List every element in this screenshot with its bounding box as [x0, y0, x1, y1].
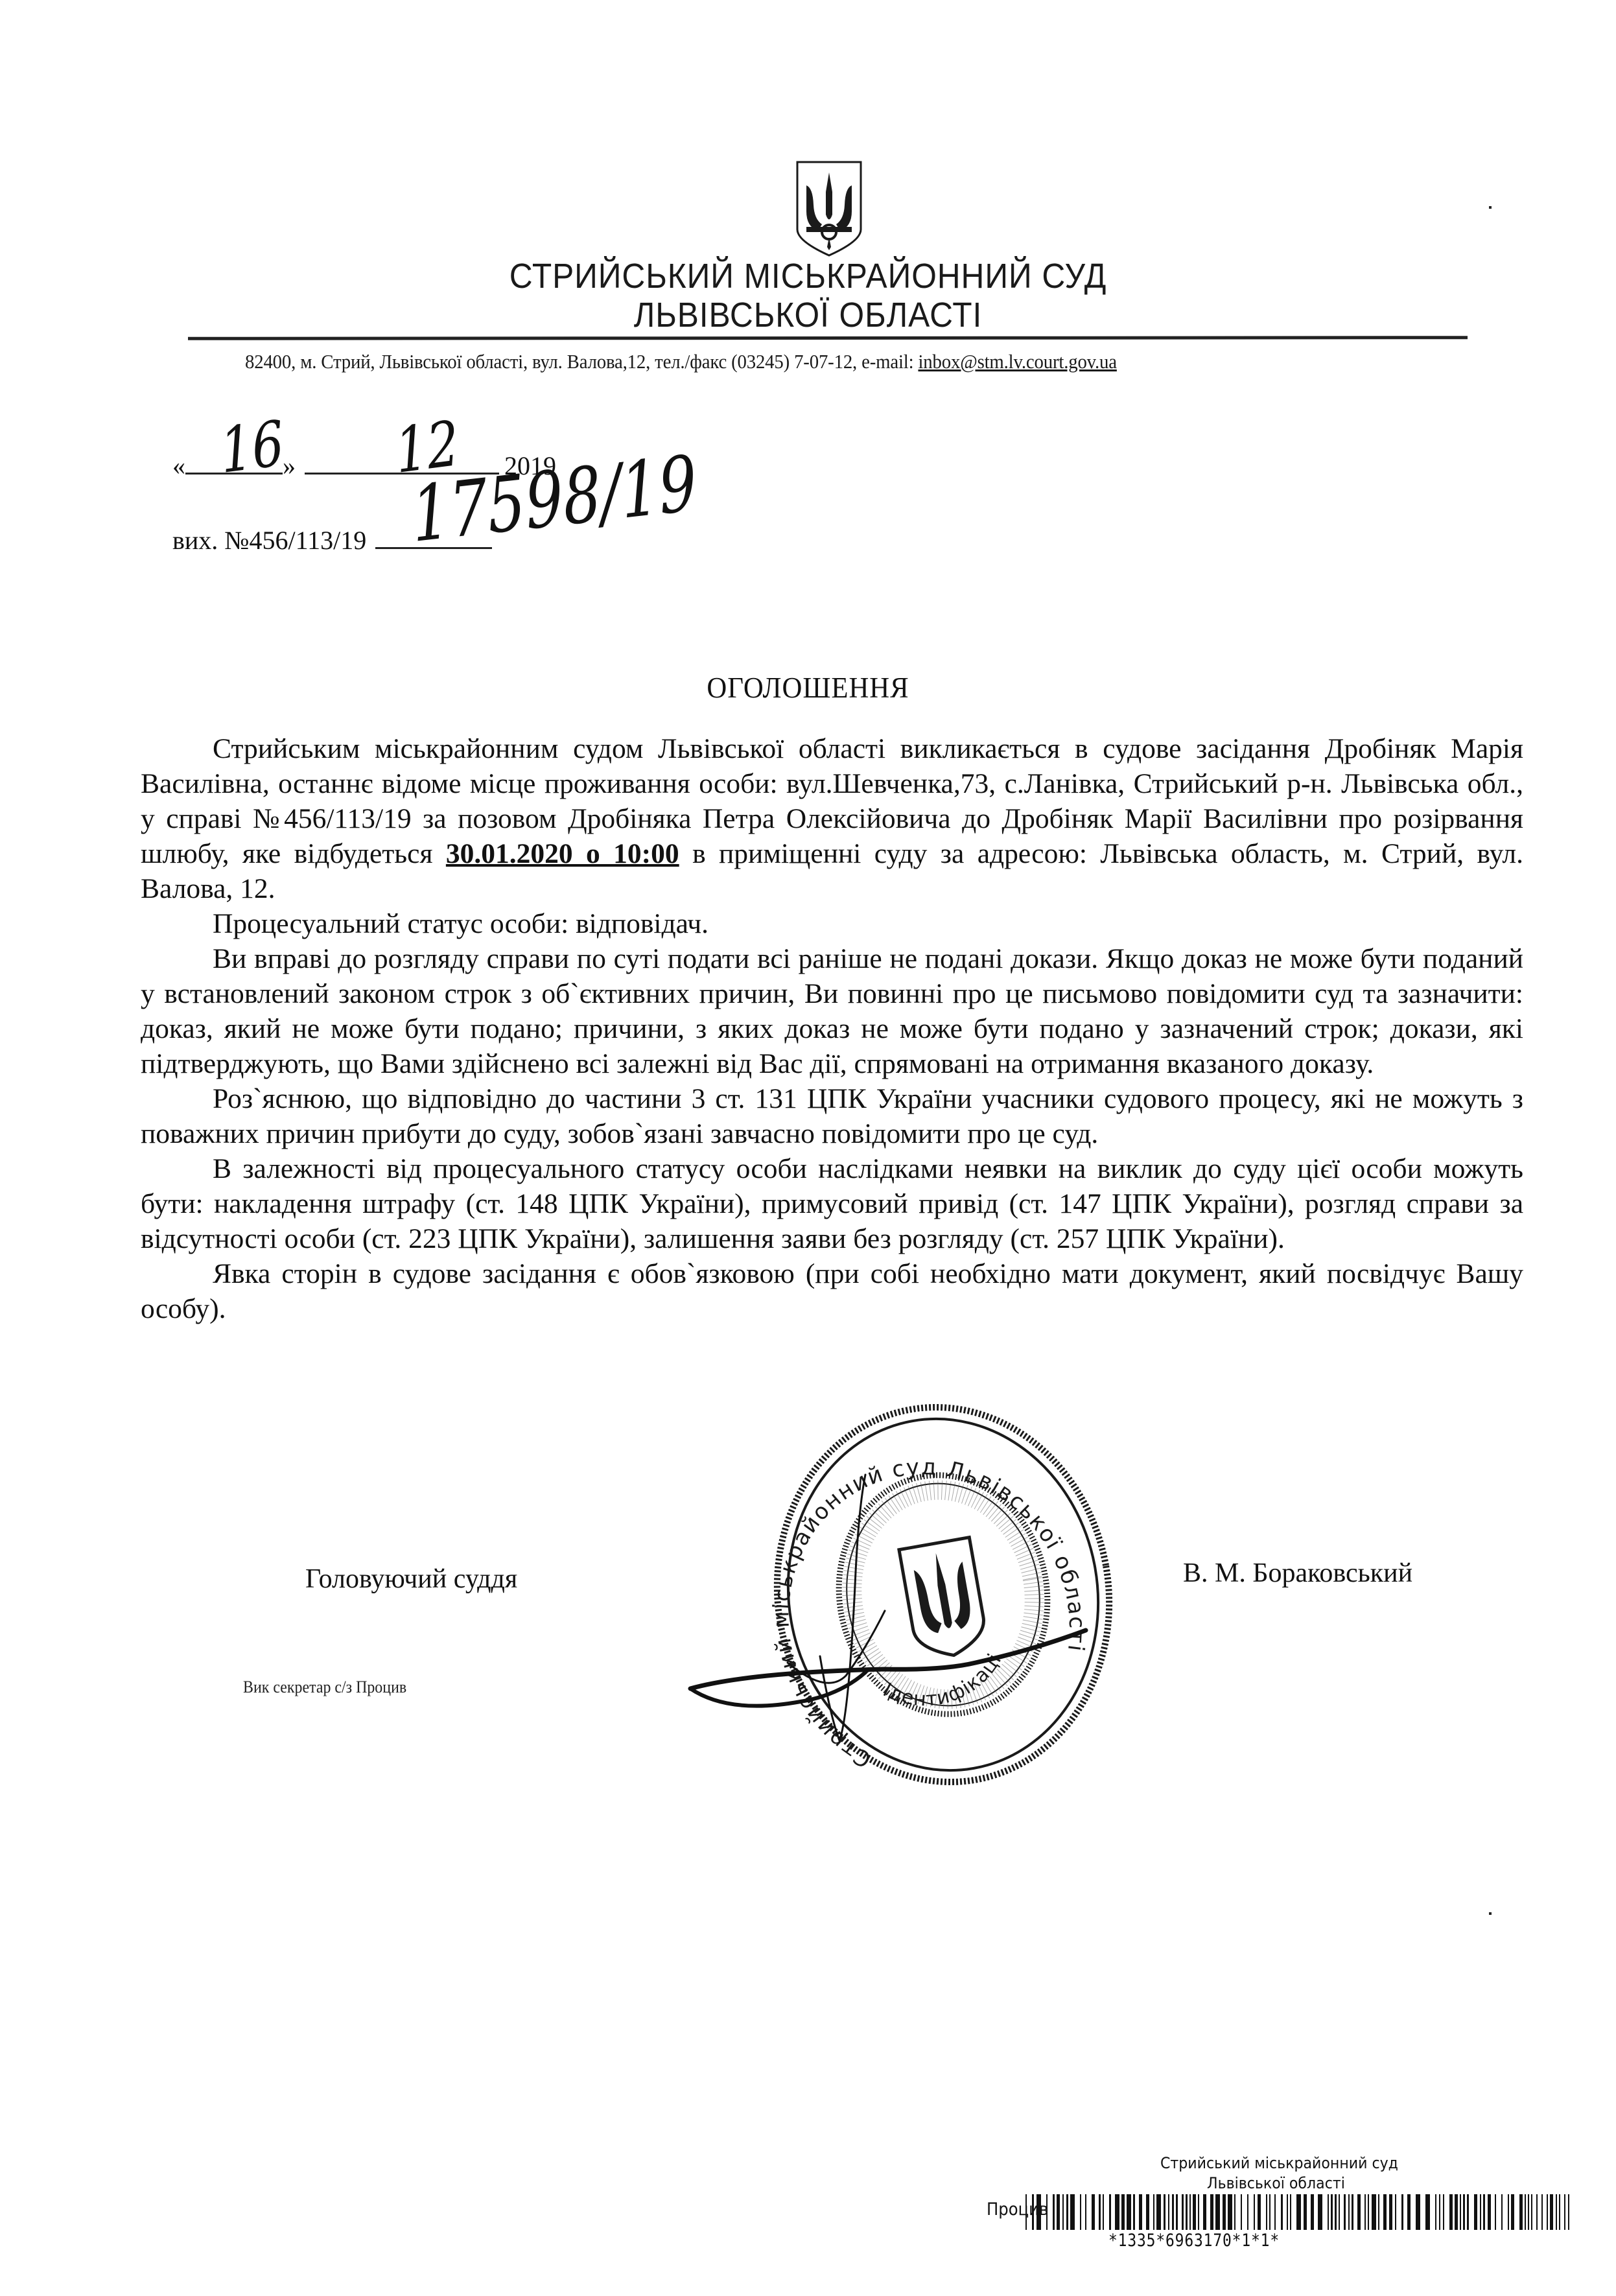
email-link[interactable]: inbox@stm.lv.court.gov.ua: [918, 350, 1116, 373]
paragraph-procedural-status: Процесуальний статус особи: відповідач.: [141, 906, 1523, 941]
header-divider: [188, 336, 1468, 340]
paragraph-notice-obligation: Роз`яснюю, що відповідно до частини 3 ст…: [141, 1081, 1523, 1151]
presiding-judge-label: Головуючий суддя: [305, 1564, 517, 1595]
scan-speck: [1489, 206, 1492, 209]
date-open-quote: «: [172, 451, 185, 480]
hearing-datetime: 30.01.2020 о 10:00: [446, 838, 679, 869]
address-text: 82400, м. Стрий, Львівської області, вул…: [245, 350, 918, 373]
outgoing-label: вих. №456/113/19: [172, 526, 366, 555]
court-seal-icon: Стрийський міськрайонний суд Львівської …: [671, 1377, 1189, 1805]
date-day-handwritten: 16: [218, 407, 287, 487]
executor-secretary: Вик секретар с/з Процив: [243, 1678, 406, 1697]
paragraph-attendance: Явка сторін в судове засідання є обов`яз…: [141, 1256, 1523, 1326]
scan-speck: [1489, 1912, 1492, 1915]
barcode-number: *1335*6963170*1*1*: [1108, 2231, 1280, 2251]
announcement-body: Стрийським міськрайонним судом Львівсько…: [141, 731, 1523, 1326]
paragraph-consequences: В залежності від процесуального статусу …: [141, 1151, 1523, 1256]
stamp-court-line1: Стрийський міськрайонний суд: [1160, 2154, 1398, 2172]
judge-name: В. М. Бораковський: [1183, 1558, 1412, 1589]
court-name-line2: ЛЬВІВСЬКОЇ ОБЛАСТІ: [65, 295, 1552, 335]
barcode-icon: [1024, 2194, 1573, 2230]
paragraph-evidence: Ви вправі до розгляду справи по суті под…: [141, 941, 1523, 1081]
paragraph-summons: Стрийським міськрайонним судом Львівсько…: [141, 731, 1523, 906]
stamp-court-line2: Львівської області: [1207, 2174, 1345, 2192]
court-name-line1: СТРИЙСЬКИЙ МІСЬКРАЙОННИЙ СУД: [65, 256, 1552, 296]
document-title: ОГОЛОШЕННЯ: [40, 671, 1575, 705]
ukraine-trident-coat-of-arms-icon: [792, 159, 866, 257]
court-address: 82400, м. Стрий, Львівської області, вул…: [245, 350, 1336, 373]
